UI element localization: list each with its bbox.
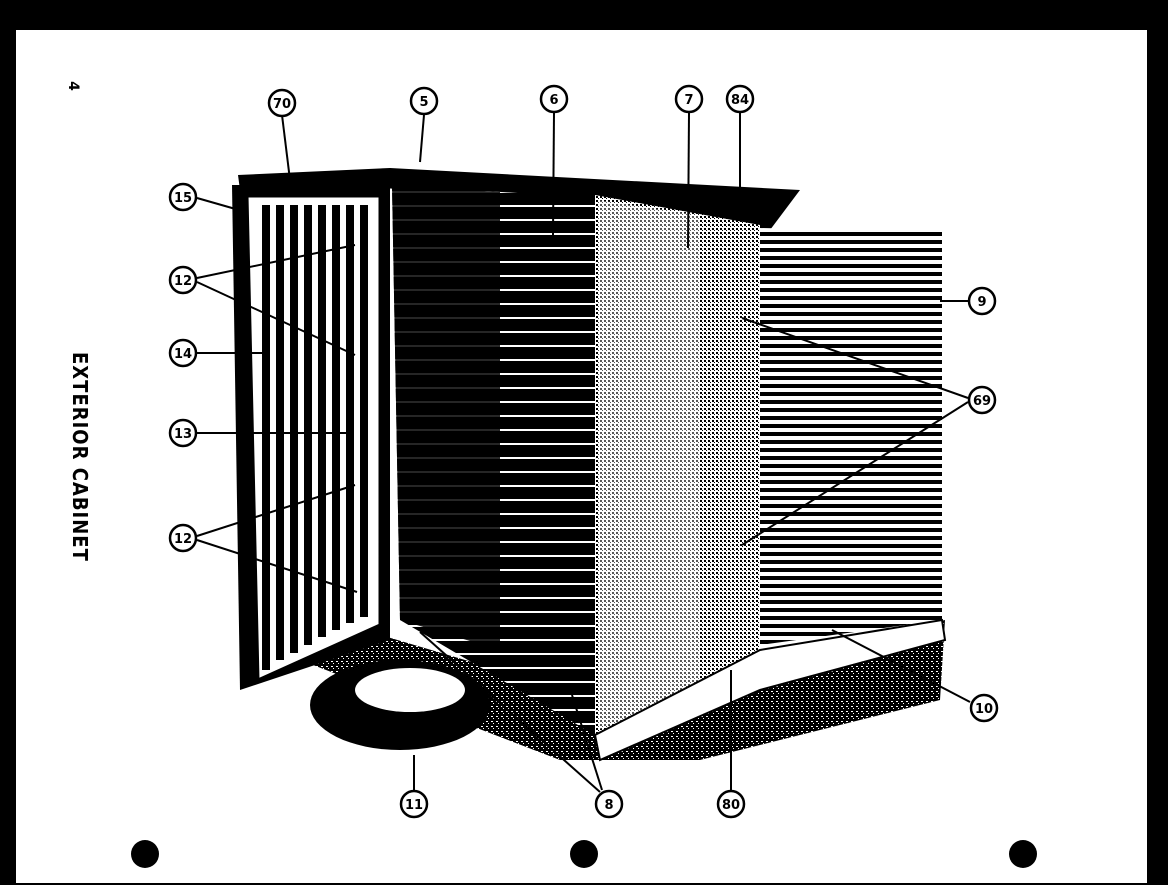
callout-label: 5: [419, 95, 428, 110]
callout-9: 9: [969, 288, 995, 314]
callout-label: 12: [174, 532, 192, 547]
callout-70: 70: [269, 90, 295, 116]
callout-69: 69: [969, 387, 995, 413]
binder-hole-center: [570, 840, 598, 868]
callout-12-upper: 12: [170, 267, 196, 293]
callout-15: 15: [170, 184, 196, 210]
callout-label: 10: [975, 702, 993, 717]
callout-label: 12: [174, 274, 192, 289]
callout-11: 11: [401, 791, 427, 817]
callout-6: 6: [541, 86, 567, 112]
callout-80: 80: [718, 791, 744, 817]
exploded-parts-illustration: 70 5 6 7 84 15 12 14 13 12 9 69 10 11 8 …: [0, 0, 1168, 885]
callout-10: 10: [971, 695, 997, 721]
callout-label: 7: [684, 93, 693, 108]
callout-label: 6: [549, 93, 558, 108]
callout-label: 14: [174, 347, 192, 362]
callout-7: 7: [676, 86, 702, 112]
callout-label: 70: [273, 97, 291, 112]
callout-14: 14: [170, 340, 196, 366]
callout-label: 11: [405, 798, 423, 813]
binder-hole-left: [131, 840, 159, 868]
callout-8: 8: [596, 791, 622, 817]
callout-84: 84: [727, 86, 753, 112]
callout-label: 80: [722, 798, 740, 813]
callout-label: 8: [604, 798, 613, 813]
callout-label: 84: [731, 93, 749, 108]
callout-label: 13: [174, 427, 192, 442]
callout-label: 9: [977, 295, 986, 310]
front-grille: [247, 196, 380, 680]
callout-label: 69: [973, 394, 991, 409]
callout-label: 15: [174, 191, 192, 206]
callout-5: 5: [411, 88, 437, 114]
callout-12-lower: 12: [170, 525, 196, 551]
callout-13: 13: [170, 420, 196, 446]
binder-hole-right: [1009, 840, 1037, 868]
